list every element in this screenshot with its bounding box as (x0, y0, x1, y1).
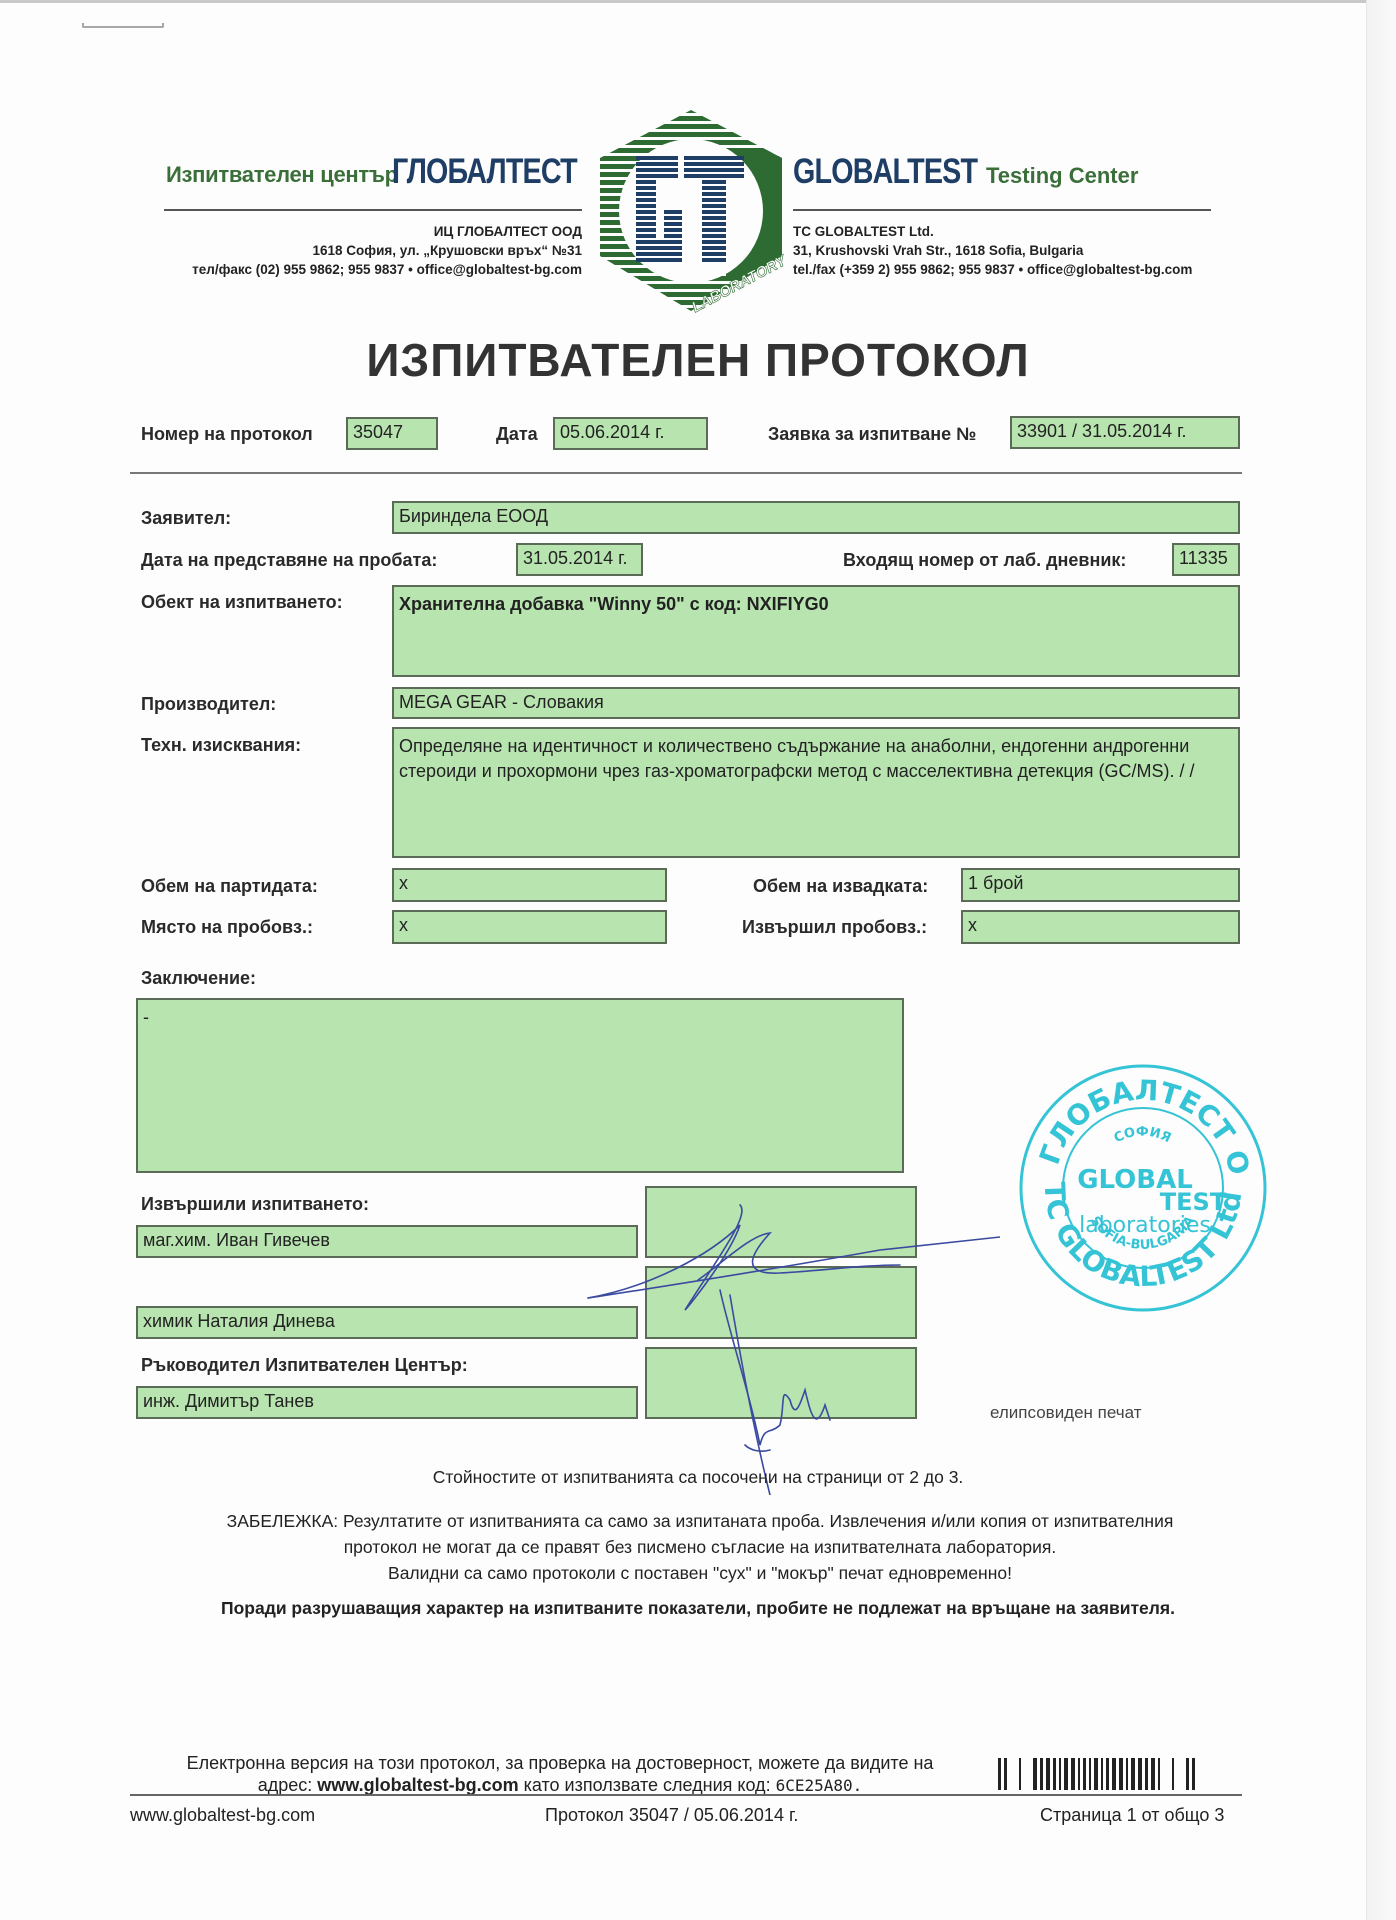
tech-requirements-label: Техн. изисквания: (141, 735, 301, 756)
batch-volume-label: Обем на партидата: (141, 876, 318, 897)
sample-volume-label: Обем на извадката: (753, 876, 928, 897)
scan-edge-top (0, 0, 1366, 3)
header-right-company: TC GLOBALTEST Ltd. (793, 222, 1192, 241)
footer-divider (130, 1794, 1242, 1796)
svg-text:TEST: TEST (1160, 1188, 1227, 1216)
remark-line-1: ЗАБЕЛЕЖКА: Резултатите от изпитванията с… (140, 1508, 1260, 1534)
footer-page-info: Страница 1 от общо 3 (1040, 1805, 1224, 1826)
section-divider (130, 472, 1242, 474)
header-brand-cyrillic: ГЛОБАЛТЕСТ (392, 152, 577, 192)
header-left-address: 1618 София, ул. „Крушовски връх“ №31 (192, 241, 582, 260)
footer-website-link[interactable]: www.globaltest-bg.com (130, 1805, 315, 1826)
gt-laboratory-logo-icon: LABORATORY (596, 108, 786, 313)
sample-volume-field: 1 брой (961, 868, 1240, 902)
verification-url-link[interactable]: www.globaltest-bg.com (317, 1775, 518, 1795)
lab-journal-label: Входящ номер от лаб. дневник: (843, 550, 1126, 571)
test-object-field: Хранителна добавка "Winny 50" с код: NXI… (392, 585, 1240, 677)
performer-2-field: химик Наталия Динева (136, 1306, 638, 1339)
request-number-field: 33901 / 31.05.2014 г. (1010, 416, 1240, 449)
protocol-date-label: Дата (496, 424, 538, 445)
sampled-by-label: Извършил пробовз.: (742, 917, 927, 938)
sampled-by-field: x (961, 910, 1240, 944)
signature-box-3 (645, 1347, 917, 1419)
header-left-title: Изпитвателен център (166, 162, 398, 188)
submit-date-label: Дата на представяне на пробата: (141, 550, 437, 571)
svg-text:laboratories: laboratories (1079, 1213, 1211, 1238)
request-number-label: Заявка за изпитване № (768, 424, 976, 445)
sampling-place-field: x (392, 910, 667, 944)
svg-text:СОФИЯ: СОФИЯ (1112, 1125, 1174, 1147)
performer-1-field: маг.хим. Иван Гивечев (136, 1225, 638, 1258)
header-brand-latin: GLOBALTEST (793, 152, 977, 192)
e-version-line-1: Електронна версия на този протокол, за п… (130, 1752, 990, 1774)
conclusion-label: Заключение: (141, 968, 256, 989)
e-version-prefix: адрес: (258, 1775, 313, 1795)
batch-volume-field: x (392, 868, 667, 902)
non-return-warning: Поради разрушаващия характер на изпитван… (0, 1598, 1396, 1619)
stamp-caption: елипсовиден печат (990, 1403, 1142, 1423)
conclusion-field: - (136, 998, 904, 1173)
values-pages-note: Стойностите от изпитванията са посочени … (0, 1467, 1396, 1488)
protocol-date-field: 05.06.2014 г. (553, 417, 708, 450)
header-right-address: 31, Krushovski Vrah Str., 1618 Sofia, Bu… (793, 241, 1192, 260)
applicant-label: Заявител: (141, 508, 231, 529)
barcode-icon (998, 1758, 1243, 1790)
sampling-place-label: Място на пробовз.: (141, 917, 313, 938)
remark-line-3: Валидни са само протоколи с поставен "су… (140, 1560, 1260, 1586)
lab-journal-field: 11335 (1172, 543, 1240, 576)
company-stamp-icon: ИЦ ГЛОБАЛТЕСТ ООД TC GLOBALTEST Ltd. СОФ… (1015, 1060, 1270, 1315)
head-of-center-field: инж. Димитър Танев (136, 1386, 638, 1419)
head-of-center-label: Ръководител Изпитвателен Център: (141, 1355, 468, 1376)
tech-requirements-field: Определяне на идентичност и количествено… (392, 727, 1240, 858)
header-divider-left (164, 209, 582, 211)
header-right-contact: tel./fax (+359 2) 955 9862; 955 9837 • o… (793, 260, 1192, 279)
manufacturer-field: MEGA GEAR - Словакия (392, 687, 1240, 719)
manufacturer-label: Производител: (141, 694, 276, 715)
submit-date-field: 31.05.2014 г. (516, 543, 643, 576)
header-left-company: ИЦ ГЛОБАЛТЕСТ ООД (192, 222, 582, 241)
remark-line-2: протокол не могат да се правят без писме… (140, 1534, 1260, 1560)
header-left-contact: тел/факс (02) 955 9862; 955 9837 • offic… (192, 260, 582, 279)
header-right-subtitle: Testing Center (986, 163, 1138, 189)
remark-block: ЗАБЕЛЕЖКА: Резултатите от изпитванията с… (140, 1508, 1260, 1586)
electronic-version-note: Електронна версия на този протокол, за п… (130, 1752, 990, 1797)
staple-mark (82, 23, 164, 28)
protocol-number-label: Номер на протокол (141, 424, 313, 445)
e-version-mid: като използвате следния код: (524, 1775, 771, 1795)
protocol-number-field: 35047 (346, 417, 438, 450)
test-object-label: Обект на изпитването: (141, 592, 343, 613)
applicant-field: Бириндела ЕООД (392, 501, 1240, 534)
signature-box-1 (645, 1186, 917, 1258)
svg-text:ИЦ ГЛОБАЛТЕСТ ООД: ИЦ ГЛОБАЛТЕСТ ООД (1015, 1060, 1256, 1178)
verification-code: 6CE25A80. (776, 1776, 863, 1795)
scan-edge-right (1366, 0, 1396, 1920)
footer-protocol-ref: Протокол 35047 / 05.06.2014 г. (545, 1805, 798, 1826)
signature-box-2 (645, 1266, 917, 1339)
header-divider-right (793, 209, 1211, 211)
document-title: ИЗПИТВАТЕЛЕН ПРОТОКОЛ (0, 333, 1396, 387)
performed-by-label: Извършили изпитването: (141, 1194, 369, 1215)
header-left-info: ИЦ ГЛОБАЛТЕСТ ООД 1618 София, ул. „Крушо… (192, 222, 582, 279)
header-right-info: TC GLOBALTEST Ltd. 31, Krushovski Vrah S… (793, 222, 1192, 279)
